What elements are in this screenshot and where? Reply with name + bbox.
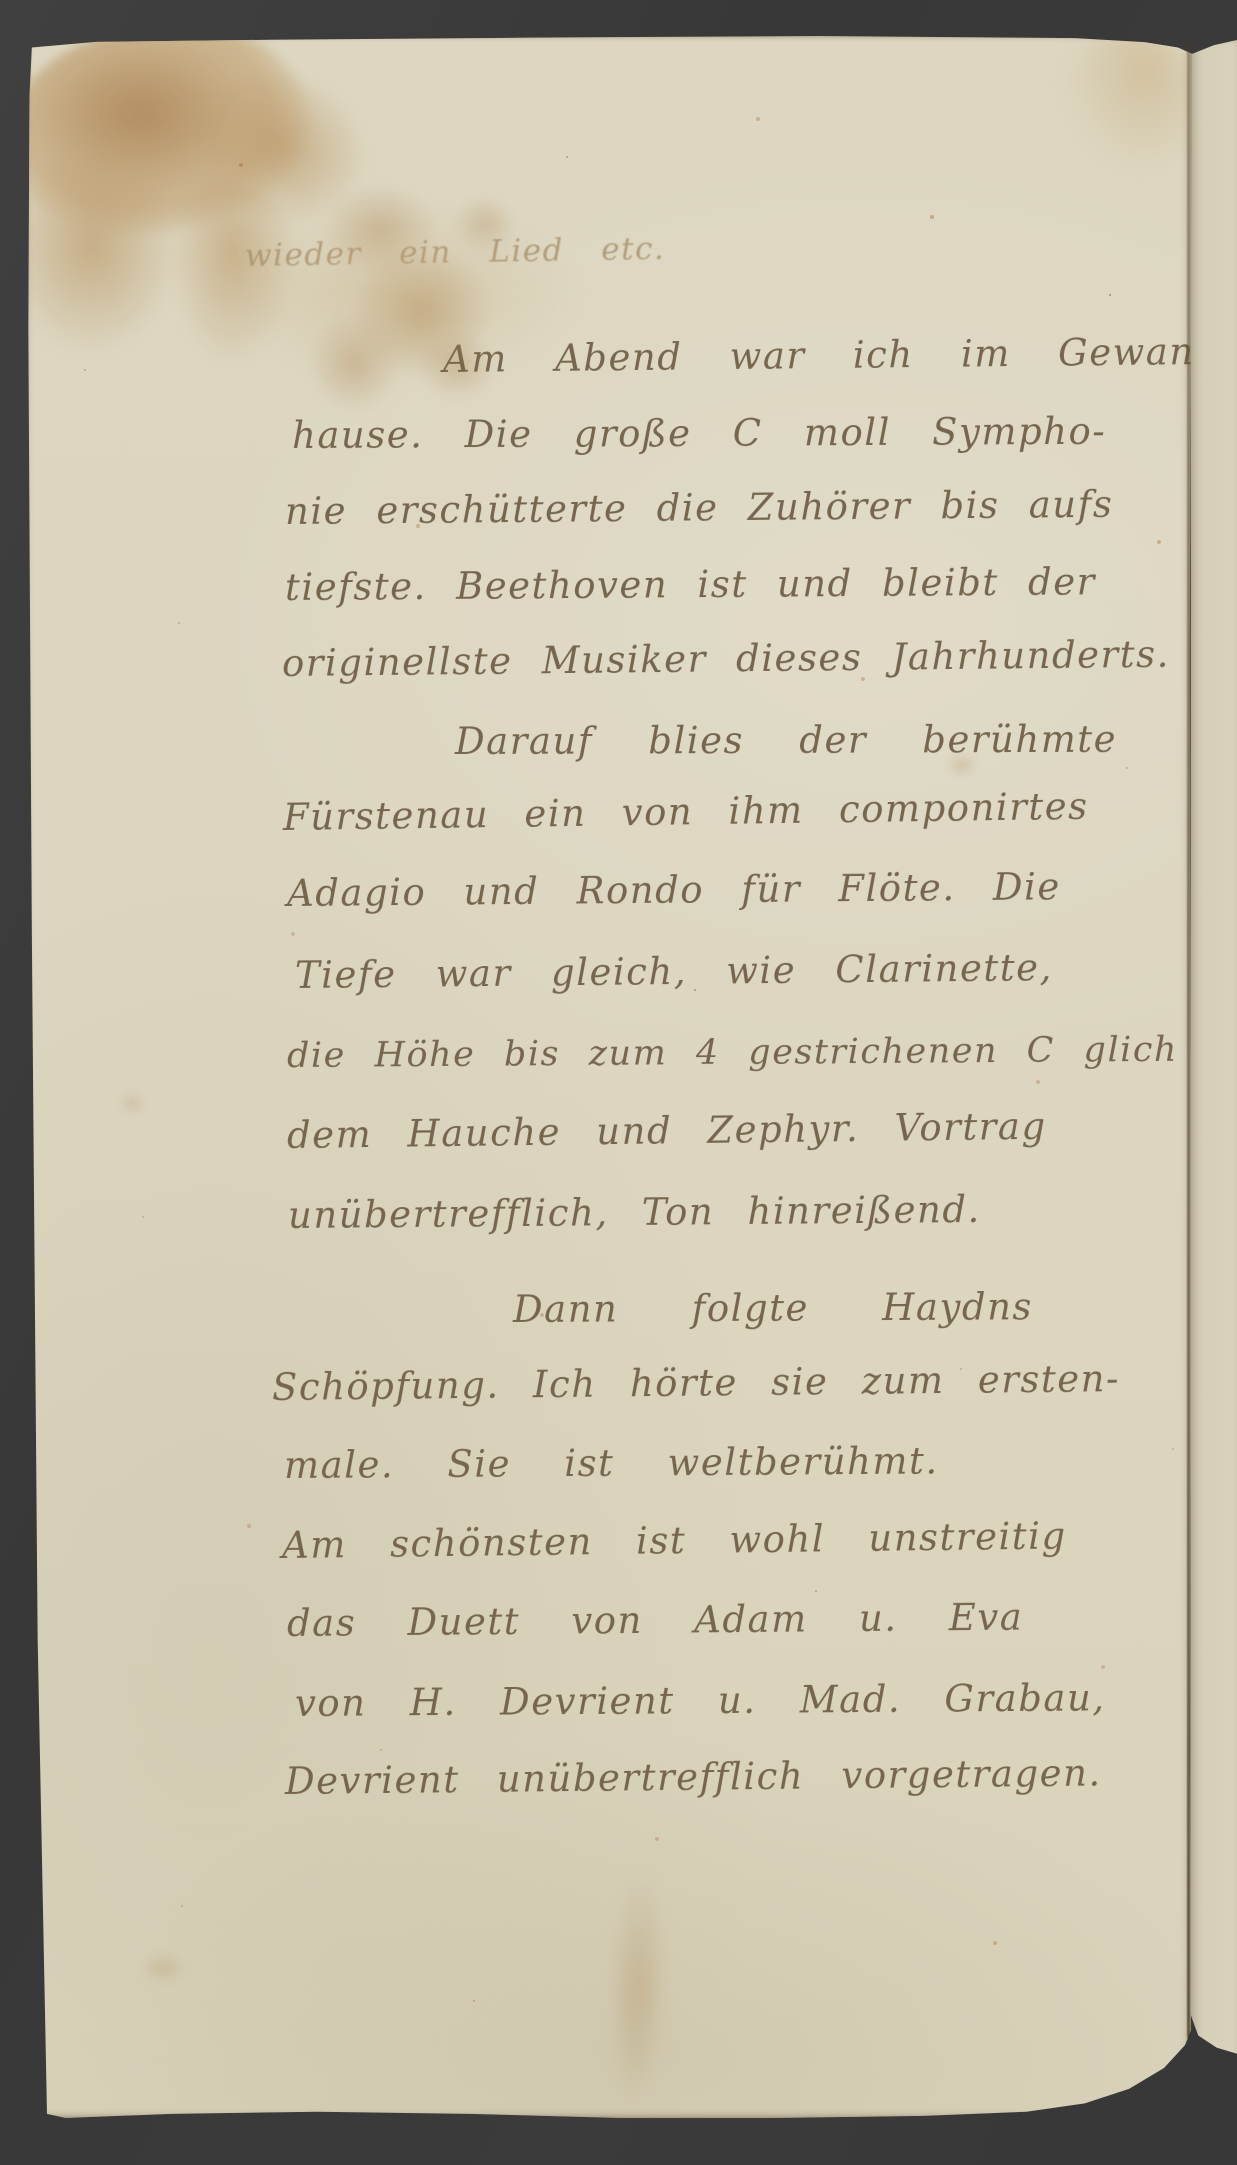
handwriting-line-13: unübertrefflich, Ton hinreißend.: [288, 1184, 981, 1242]
handwriting-line-4: nie erschütterte die Zuhörer bis aufs: [285, 479, 1114, 538]
handwriting-line-5: tiefste. Beethoven ist und bleibt der: [285, 556, 1096, 614]
handwriting-line-16: male. Sie ist weltberühmt.: [284, 1435, 939, 1492]
handwriting-block: wieder ein Lied etc. Am Abend war ich im…: [26, 36, 1192, 2118]
handwriting-line-1: wieder ein Lied etc.: [245, 223, 666, 282]
handwriting-line-20: Devrient unübertrefflich vorgetragen.: [285, 1747, 1102, 1808]
paper-fibre-flecks: [26, 36, 28, 38]
handwriting-line-8: Fürstenau ein von ihm componirtes: [283, 781, 1089, 844]
handwriting-line-15: Schöpfung. Ich hörte sie zum ersten-: [272, 1353, 1120, 1414]
handwriting-line-14: Dann folgte Haydns: [513, 1281, 1033, 1336]
next-page-edge: [1186, 40, 1237, 2070]
manuscript-page: wieder ein Lied etc. Am Abend war ich im…: [26, 36, 1192, 2118]
handwriting-line-2: Am Abend war ich im Gewand-: [443, 326, 1234, 386]
photo-background: wieder ein Lied etc. Am Abend war ich im…: [0, 0, 1237, 2165]
handwriting-line-3: hause. Die große C moll Sympho-: [292, 406, 1107, 462]
handwriting-line-9: Adagio und Rondo für Flöte. Die: [287, 861, 1061, 920]
handwriting-line-17: Am schönsten ist wohl unstreitig: [282, 1510, 1067, 1572]
handwriting-line-19: von H. Devrient u. Mad. Grabau,: [295, 1672, 1106, 1730]
handwriting-line-7: Darauf blies der berühmte: [455, 714, 1117, 768]
handwriting-line-6: originellste Musiker dieses Jahrhunderts…: [282, 629, 1170, 690]
handwriting-line-11: die Höhe bis zum 4 gestrichenen C glich: [287, 1024, 1178, 1082]
handwriting-line-10: Tiefe war gleich, wie Clarinette,: [295, 942, 1053, 1002]
handwriting-line-18: das Duett von Adam u. Eva: [287, 1592, 1024, 1650]
handwriting-line-12: dem Hauche und Zephyr. Vortrag: [287, 1101, 1047, 1162]
binding-crease: [1187, 42, 1190, 2038]
